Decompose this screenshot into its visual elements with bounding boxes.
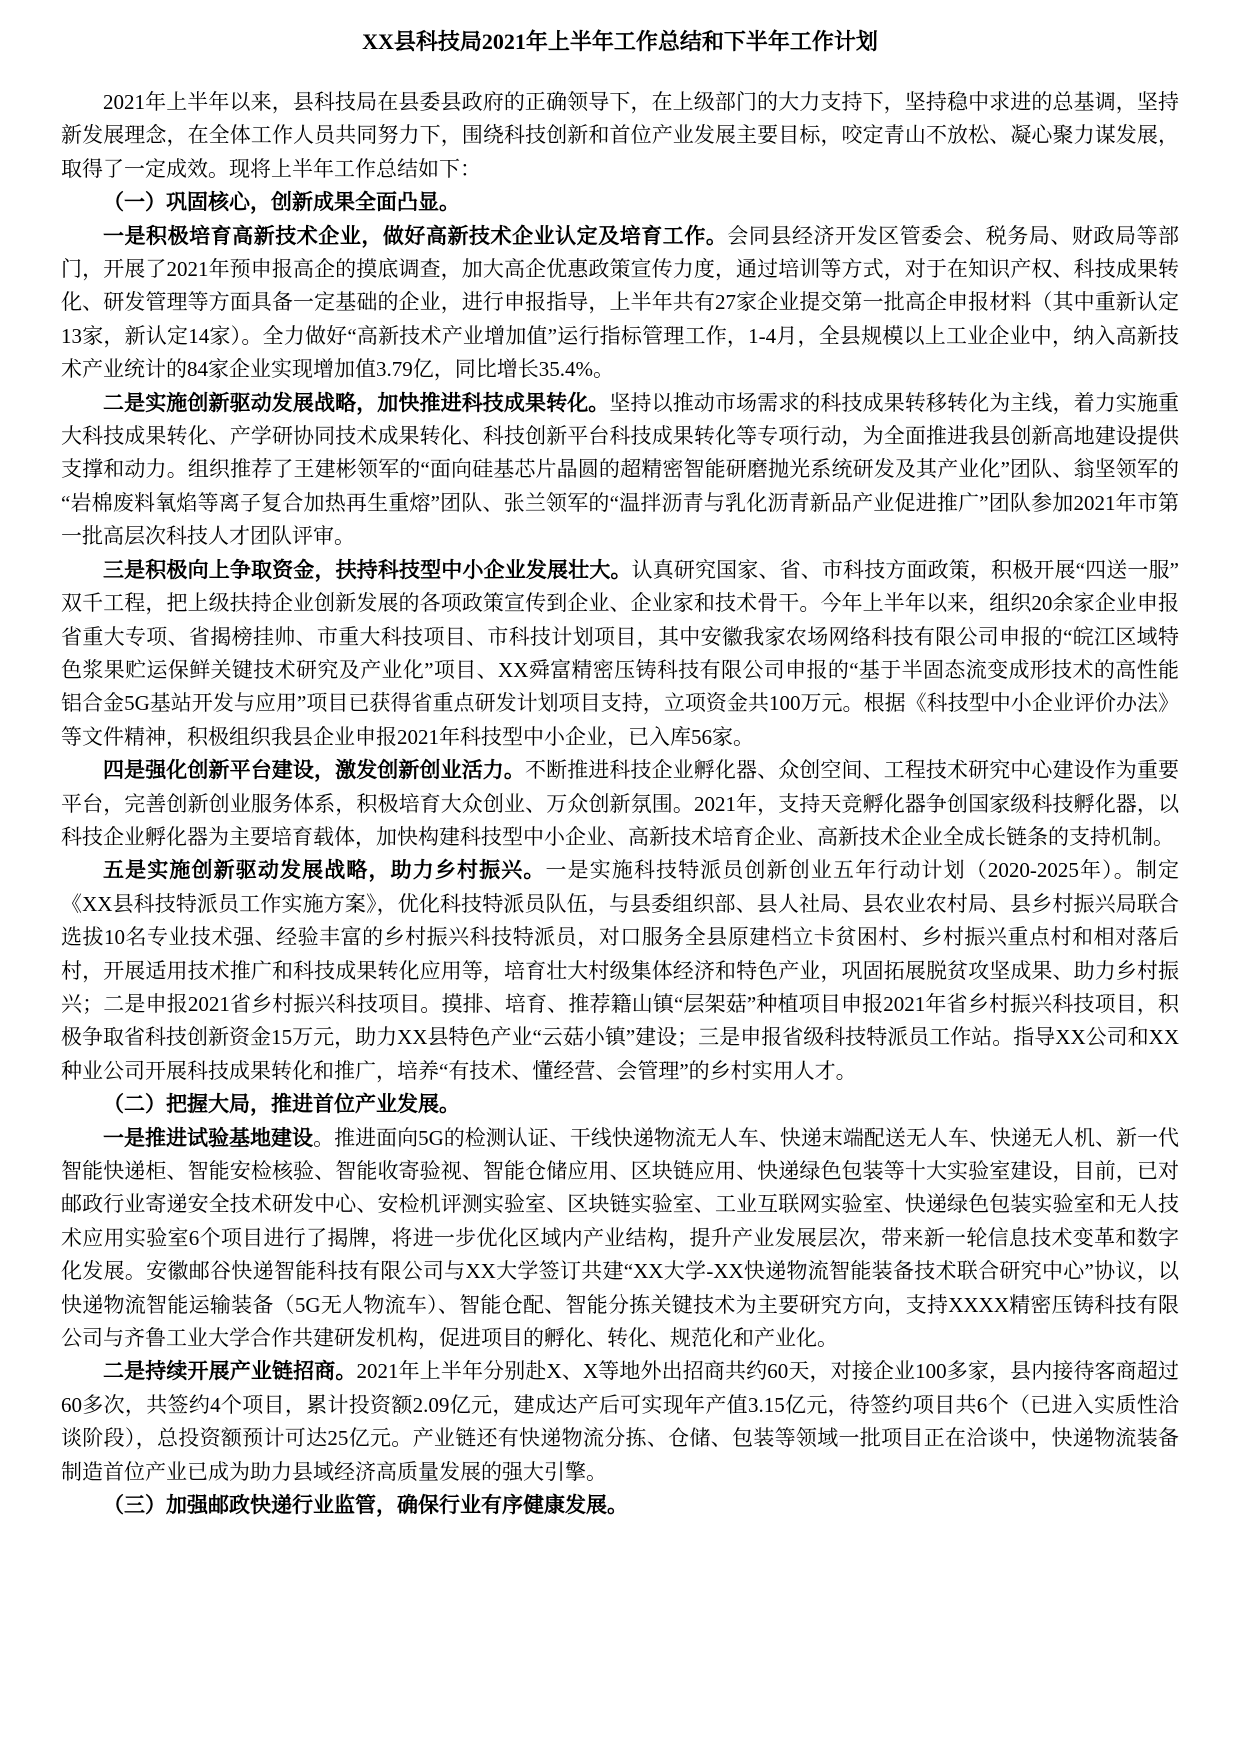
intro-paragraph: 2021年上半年以来，县科技局在县委县政府的正确领导下，在上级部门的大力支持下，… [61,86,1179,186]
section-3-heading: （三）加强邮政快递行业监管，确保行业有序健康发展。 [61,1489,1179,1522]
intro-text: 2021年上半年以来，县科技局在县委县政府的正确领导下，在上级部门的大力支持下，… [61,90,1179,181]
section-1-item-3: 三是积极向上争取资金，扶持科技型中小企业发展壮大。认真研究国家、省、市科技方面政… [61,554,1179,754]
section-2-item-2-lead: 二是持续开展产业链招商。 [103,1359,357,1383]
document-title: XX县科技局2021年上半年工作总结和下半年工作计划 [61,26,1179,58]
section-1-item-5: 五是实施创新驱动发展战略，助力乡村振兴。一是实施科技特派员创新创业五年行动计划（… [61,854,1179,1088]
section-1-item-1: 一是积极培育高新技术企业，做好高新技术企业认定及培育工作。会同县经济开发区管委会… [61,220,1179,387]
section-2-item-1-text: 。推进面向5G的检测认证、干线快递物流无人车、快递末端配送无人车、快递无人机、新… [61,1126,1179,1350]
section-1-heading: （一）巩固核心，创新成果全面凸显。 [61,186,1179,219]
section-1-item-5-lead: 五是实施创新驱动发展战略，助力乡村振兴。 [103,858,545,882]
section-2-heading: （二）把握大局，推进首位产业发展。 [61,1088,1179,1121]
section-1-item-4: 四是强化创新平台建设，激发创新创业活力。不断推进科技企业孵化器、众创空间、工程技… [61,754,1179,854]
section-1-item-3-text: 认真研究国家、省、市科技方面政策，积极开展“四送一服”双千工程，把上级扶持企业创… [61,558,1179,749]
section-1-item-3-lead: 三是积极向上争取资金，扶持科技型中小企业发展壮大。 [103,558,632,582]
section-1-item-5-text: 一是实施科技特派员创新创业五年行动计划（2020-2025年）。制定《XX县科技… [61,858,1179,1082]
section-1-item-2-lead: 二是实施创新驱动发展战略，加快推进科技成果转化。 [103,391,609,415]
section-2-item-2: 二是持续开展产业链招商。2021年上半年分别赴X、X等地外出招商共约60天，对接… [61,1355,1179,1489]
section-1-item-2: 二是实施创新驱动发展战略，加快推进科技成果转化。坚持以推动市场需求的科技成果转移… [61,387,1179,554]
section-2-item-1-lead: 一是推进试验基地建设 [103,1126,313,1150]
document-page: XX县科技局2021年上半年工作总结和下半年工作计划 2021年上半年以来，县科… [0,0,1240,1754]
section-1-item-1-lead: 一是积极培育高新技术企业，做好高新技术企业认定及培育工作。 [103,224,727,248]
section-1-item-4-lead: 四是强化创新平台建设，激发创新创业活力。 [103,758,525,782]
section-2-item-1: 一是推进试验基地建设。推进面向5G的检测认证、干线快递物流无人车、快递末端配送无… [61,1122,1179,1356]
